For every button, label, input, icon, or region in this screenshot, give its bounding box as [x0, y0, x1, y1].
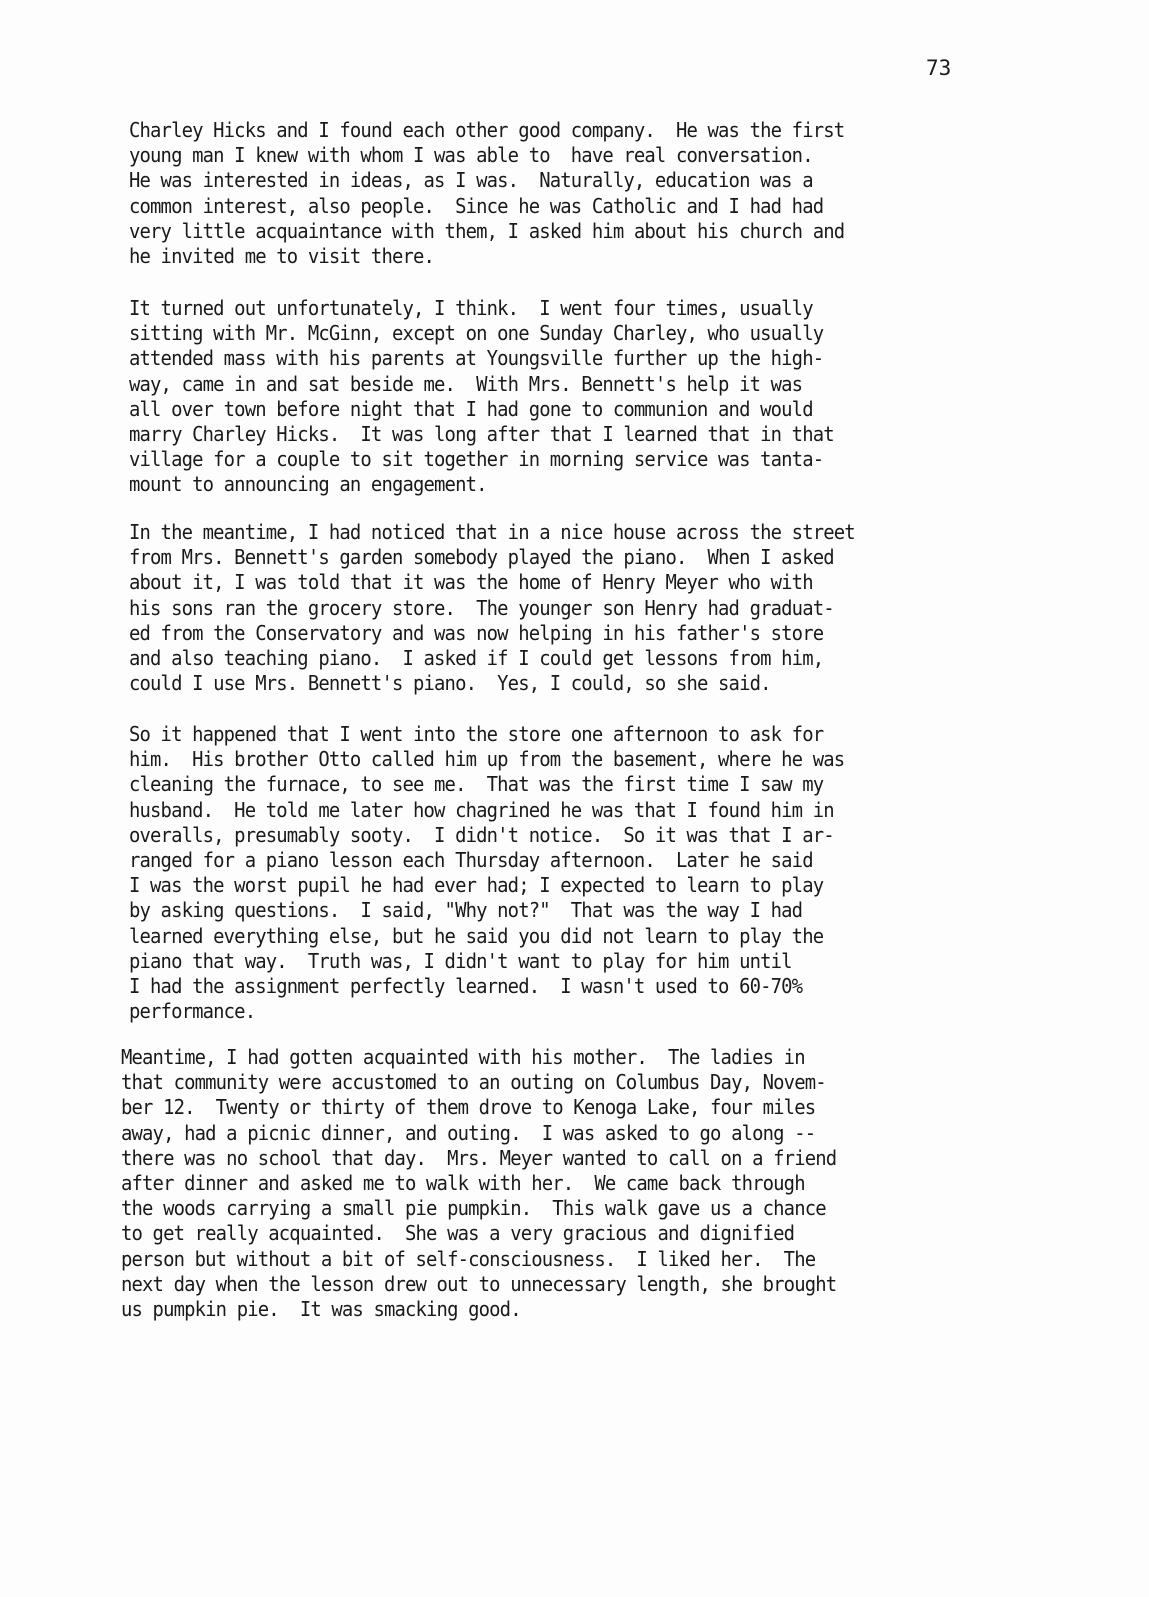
document-page: 73 Charley Hicks and I found each other …: [0, 0, 1149, 1597]
paragraph-charley-hicks: Charley Hicks and I found each other goo…: [129, 118, 844, 269]
text-line: ranged for a piano lesson each Thursday …: [129, 848, 844, 873]
text-line: after dinner and asked me to walk with h…: [121, 1171, 836, 1196]
text-line: young man I knew with whom I was able to…: [129, 143, 844, 168]
text-line: sitting with Mr. McGinn, except on one S…: [129, 321, 834, 346]
paragraph-church-visit: It turned out unfortunately, I think. I …: [129, 296, 834, 498]
text-line: He was interested in ideas, as I was. Na…: [129, 168, 844, 193]
text-line: all over town before night that I had go…: [129, 397, 834, 422]
text-line: us pumpkin pie. It was smacking good.: [121, 1297, 836, 1322]
text-line: the woods carrying a small pie pumpkin. …: [121, 1196, 836, 1221]
text-line: ber 12. Twenty or thirty of them drove t…: [121, 1095, 836, 1120]
text-line: cleaning the furnace, to see me. That wa…: [129, 772, 844, 797]
text-line: learned everything else, but he said you…: [129, 924, 844, 949]
text-line: common interest, also people. Since he w…: [129, 194, 844, 219]
text-line: attended mass with his parents at Youngs…: [129, 346, 834, 371]
text-line: away, had a picnic dinner, and outing. I…: [121, 1121, 836, 1146]
text-line: that community were accustomed to an out…: [121, 1070, 836, 1095]
text-line: It turned out unfortunately, I think. I …: [129, 296, 834, 321]
text-line: So it happened that I went into the stor…: [129, 722, 844, 747]
text-line: there was no school that day. Mrs. Meyer…: [121, 1146, 836, 1171]
paragraph-store-meeting: So it happened that I went into the stor…: [129, 722, 844, 1024]
text-line: his sons ran the grocery store. The youn…: [129, 596, 855, 621]
paragraph-columbus-day: Meantime, I had gotten acquainted with h…: [121, 1045, 836, 1322]
text-line: person but without a bit of self-conscio…: [121, 1247, 836, 1272]
text-line: him. His brother Otto called him up from…: [129, 747, 844, 772]
text-line: way, came in and sat beside me. With Mrs…: [129, 372, 834, 397]
text-line: to get really acquainted. She was a very…: [121, 1221, 836, 1246]
text-line: I was the worst pupil he had ever had; I…: [129, 873, 844, 898]
text-line: he invited me to visit there.: [129, 244, 844, 269]
text-line: I had the assignment perfectly learned. …: [129, 974, 844, 999]
text-line: In the meantime, I had noticed that in a…: [129, 520, 855, 545]
text-line: marry Charley Hicks. It was long after t…: [129, 422, 834, 447]
text-line: from Mrs. Bennett's garden somebody play…: [129, 545, 855, 570]
text-line: mount to announcing an engagement.: [129, 472, 834, 497]
text-line: piano that way. Truth was, I didn't want…: [129, 949, 844, 974]
paragraph-piano-house: In the meantime, I had noticed that in a…: [129, 520, 855, 696]
text-line: Charley Hicks and I found each other goo…: [129, 118, 844, 143]
text-line: by asking questions. I said, "Why not?" …: [129, 898, 844, 923]
text-line: very little acquaintance with them, I as…: [129, 219, 844, 244]
page-number: 73: [926, 56, 951, 80]
text-line: overalls, presumably sooty. I didn't not…: [129, 823, 844, 848]
text-line: village for a couple to sit together in …: [129, 447, 834, 472]
text-line: Meantime, I had gotten acquainted with h…: [121, 1045, 836, 1070]
text-line: about it, I was told that it was the hom…: [129, 570, 855, 595]
text-line: and also teaching piano. I asked if I co…: [129, 646, 855, 671]
text-line: ed from the Conservatory and was now hel…: [129, 621, 855, 646]
text-line: husband. He told me later how chagrined …: [129, 798, 844, 823]
text-line: performance.: [129, 999, 844, 1024]
text-line: next day when the lesson drew out to unn…: [121, 1272, 836, 1297]
text-line: could I use Mrs. Bennett's piano. Yes, I…: [129, 671, 855, 696]
